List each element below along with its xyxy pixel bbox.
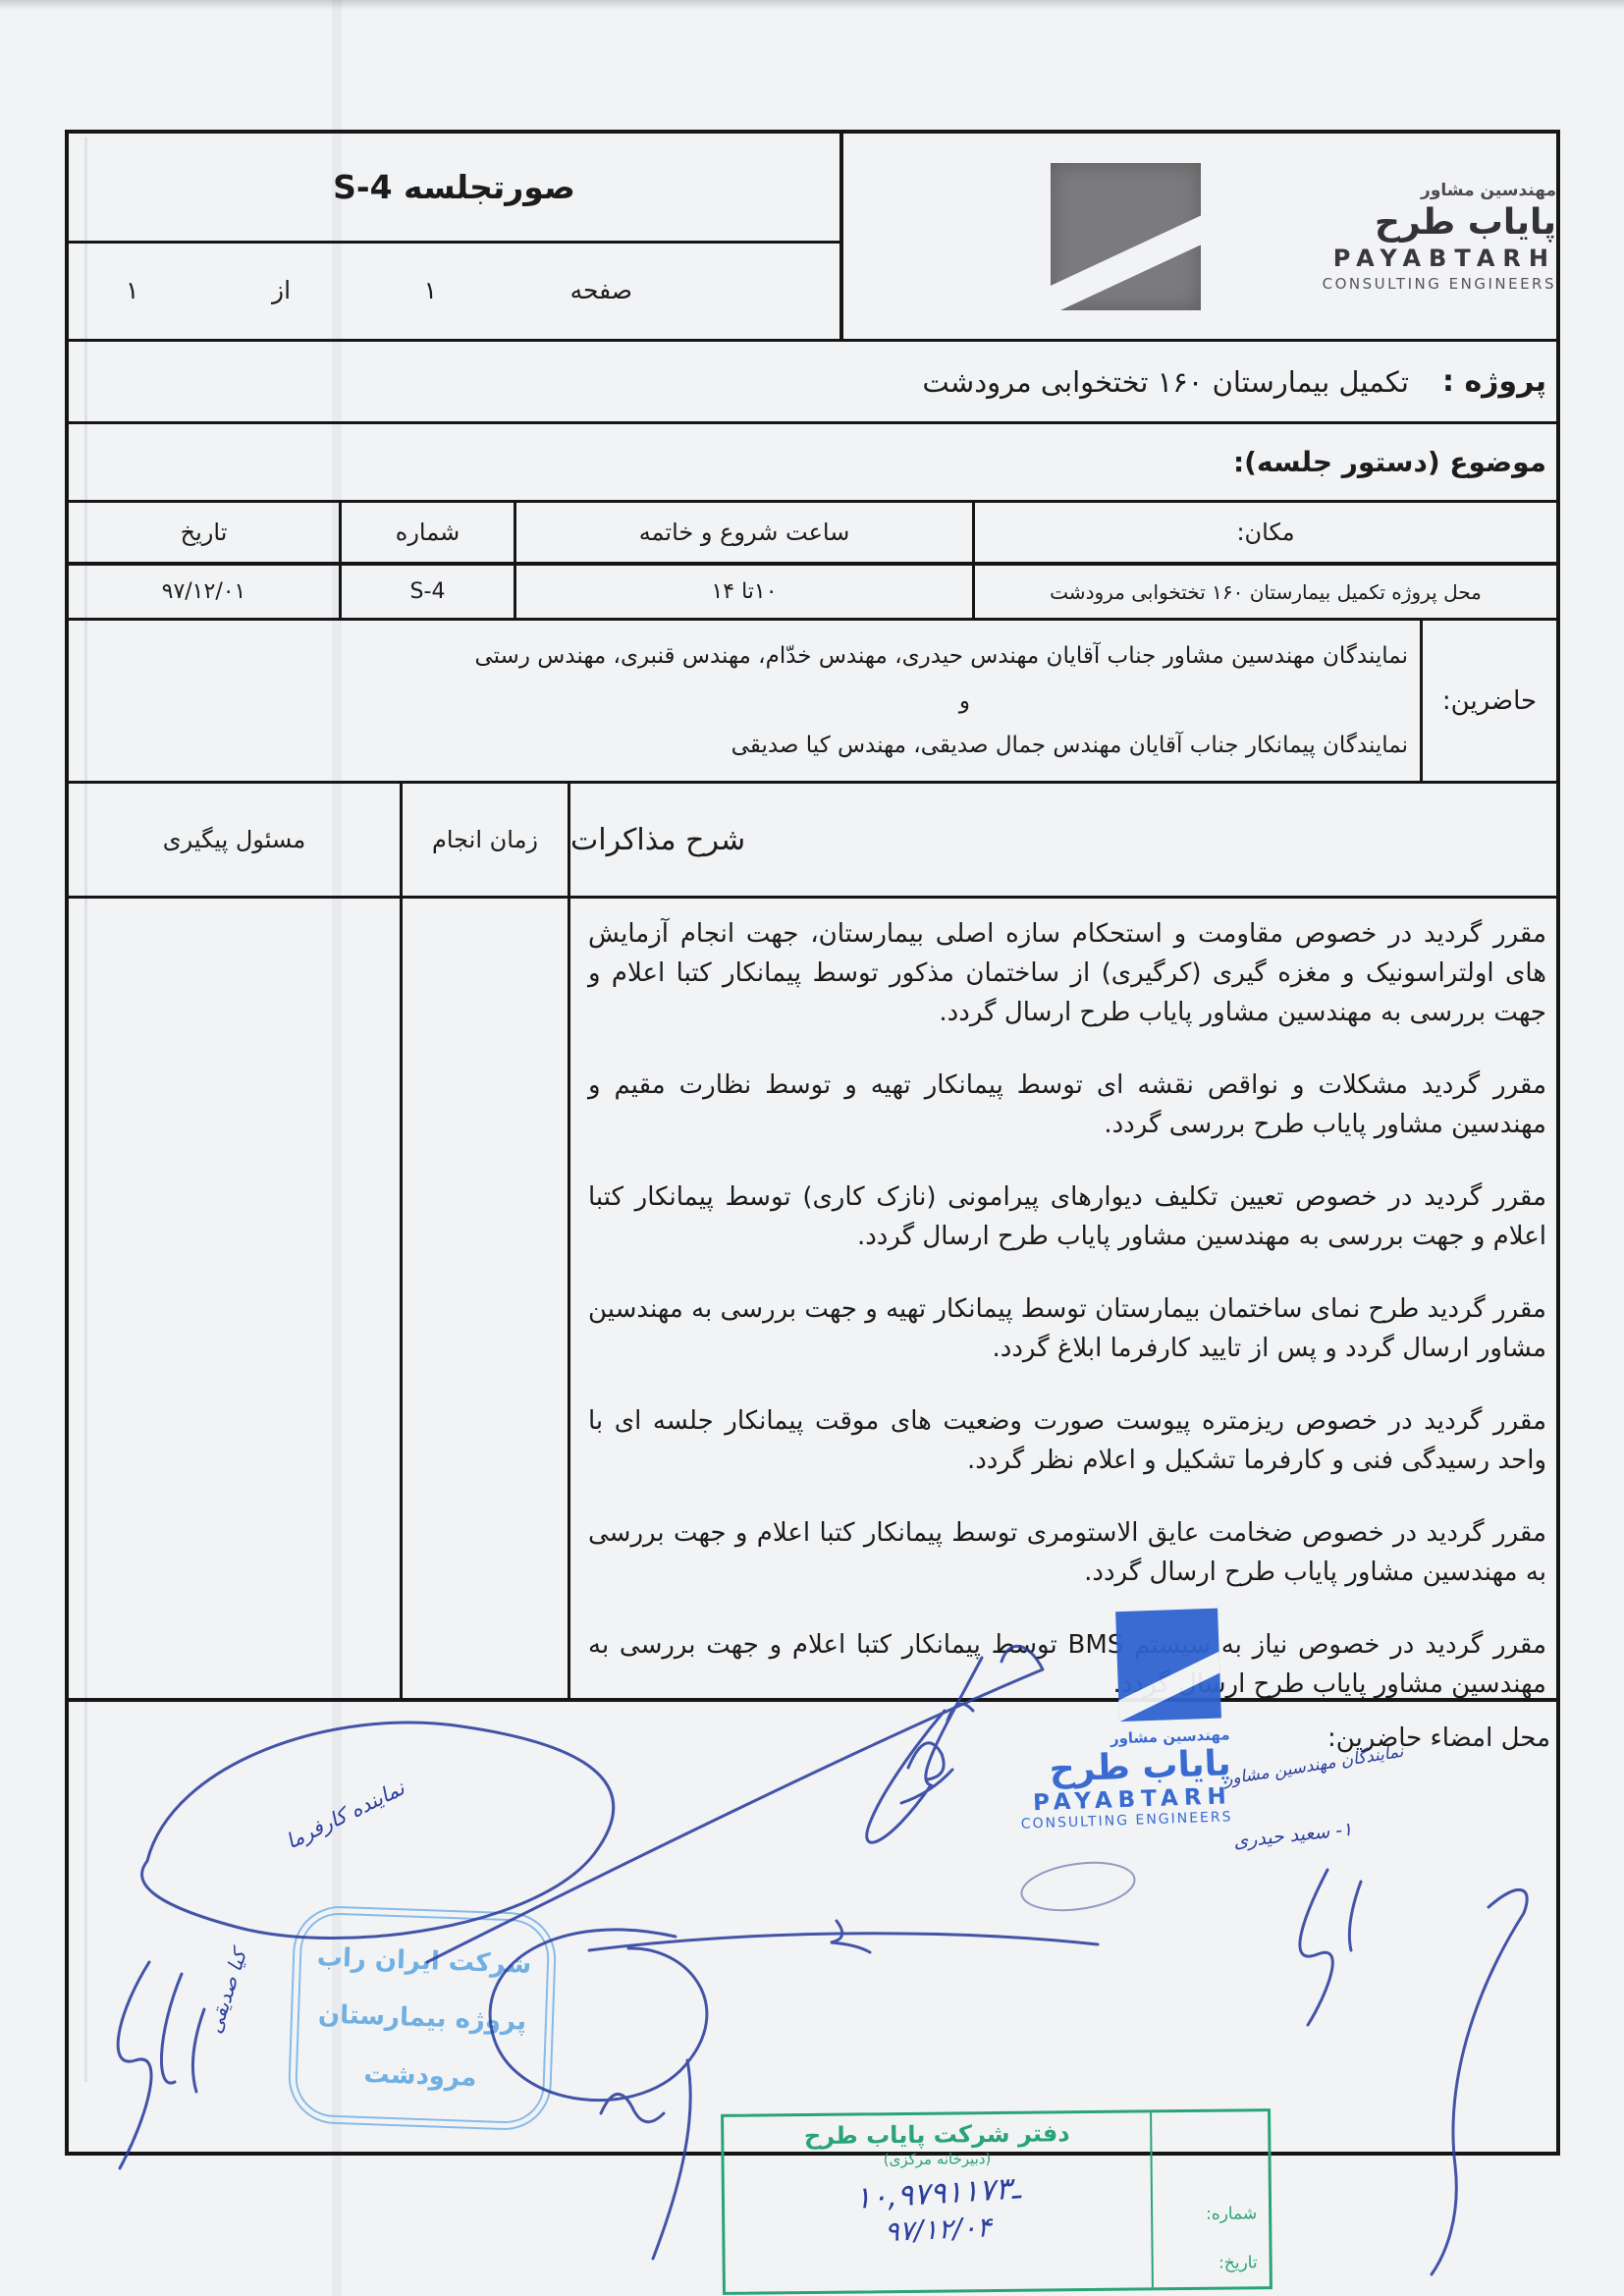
- signatures-overlay: [0, 0, 1624, 2296]
- signature-left-scribble: [118, 1962, 204, 2168]
- round-stamp-outline: [1018, 1856, 1137, 1917]
- signature-near-stamp: [601, 2094, 664, 2121]
- signature-zigzag: [867, 1658, 982, 1842]
- signature-underline: [589, 1921, 1098, 1952]
- signature-diagonal: [427, 1646, 1043, 1962]
- signature-right-long: [1432, 1889, 1527, 2274]
- signature-big-loop: [490, 1930, 707, 2259]
- scanned-meeting-minutes: صورتجلسه S-4 صفحه ۱ از ۱ مهندسین مشاور پ…: [0, 0, 1624, 2296]
- signature-right-small: [1300, 1870, 1361, 2025]
